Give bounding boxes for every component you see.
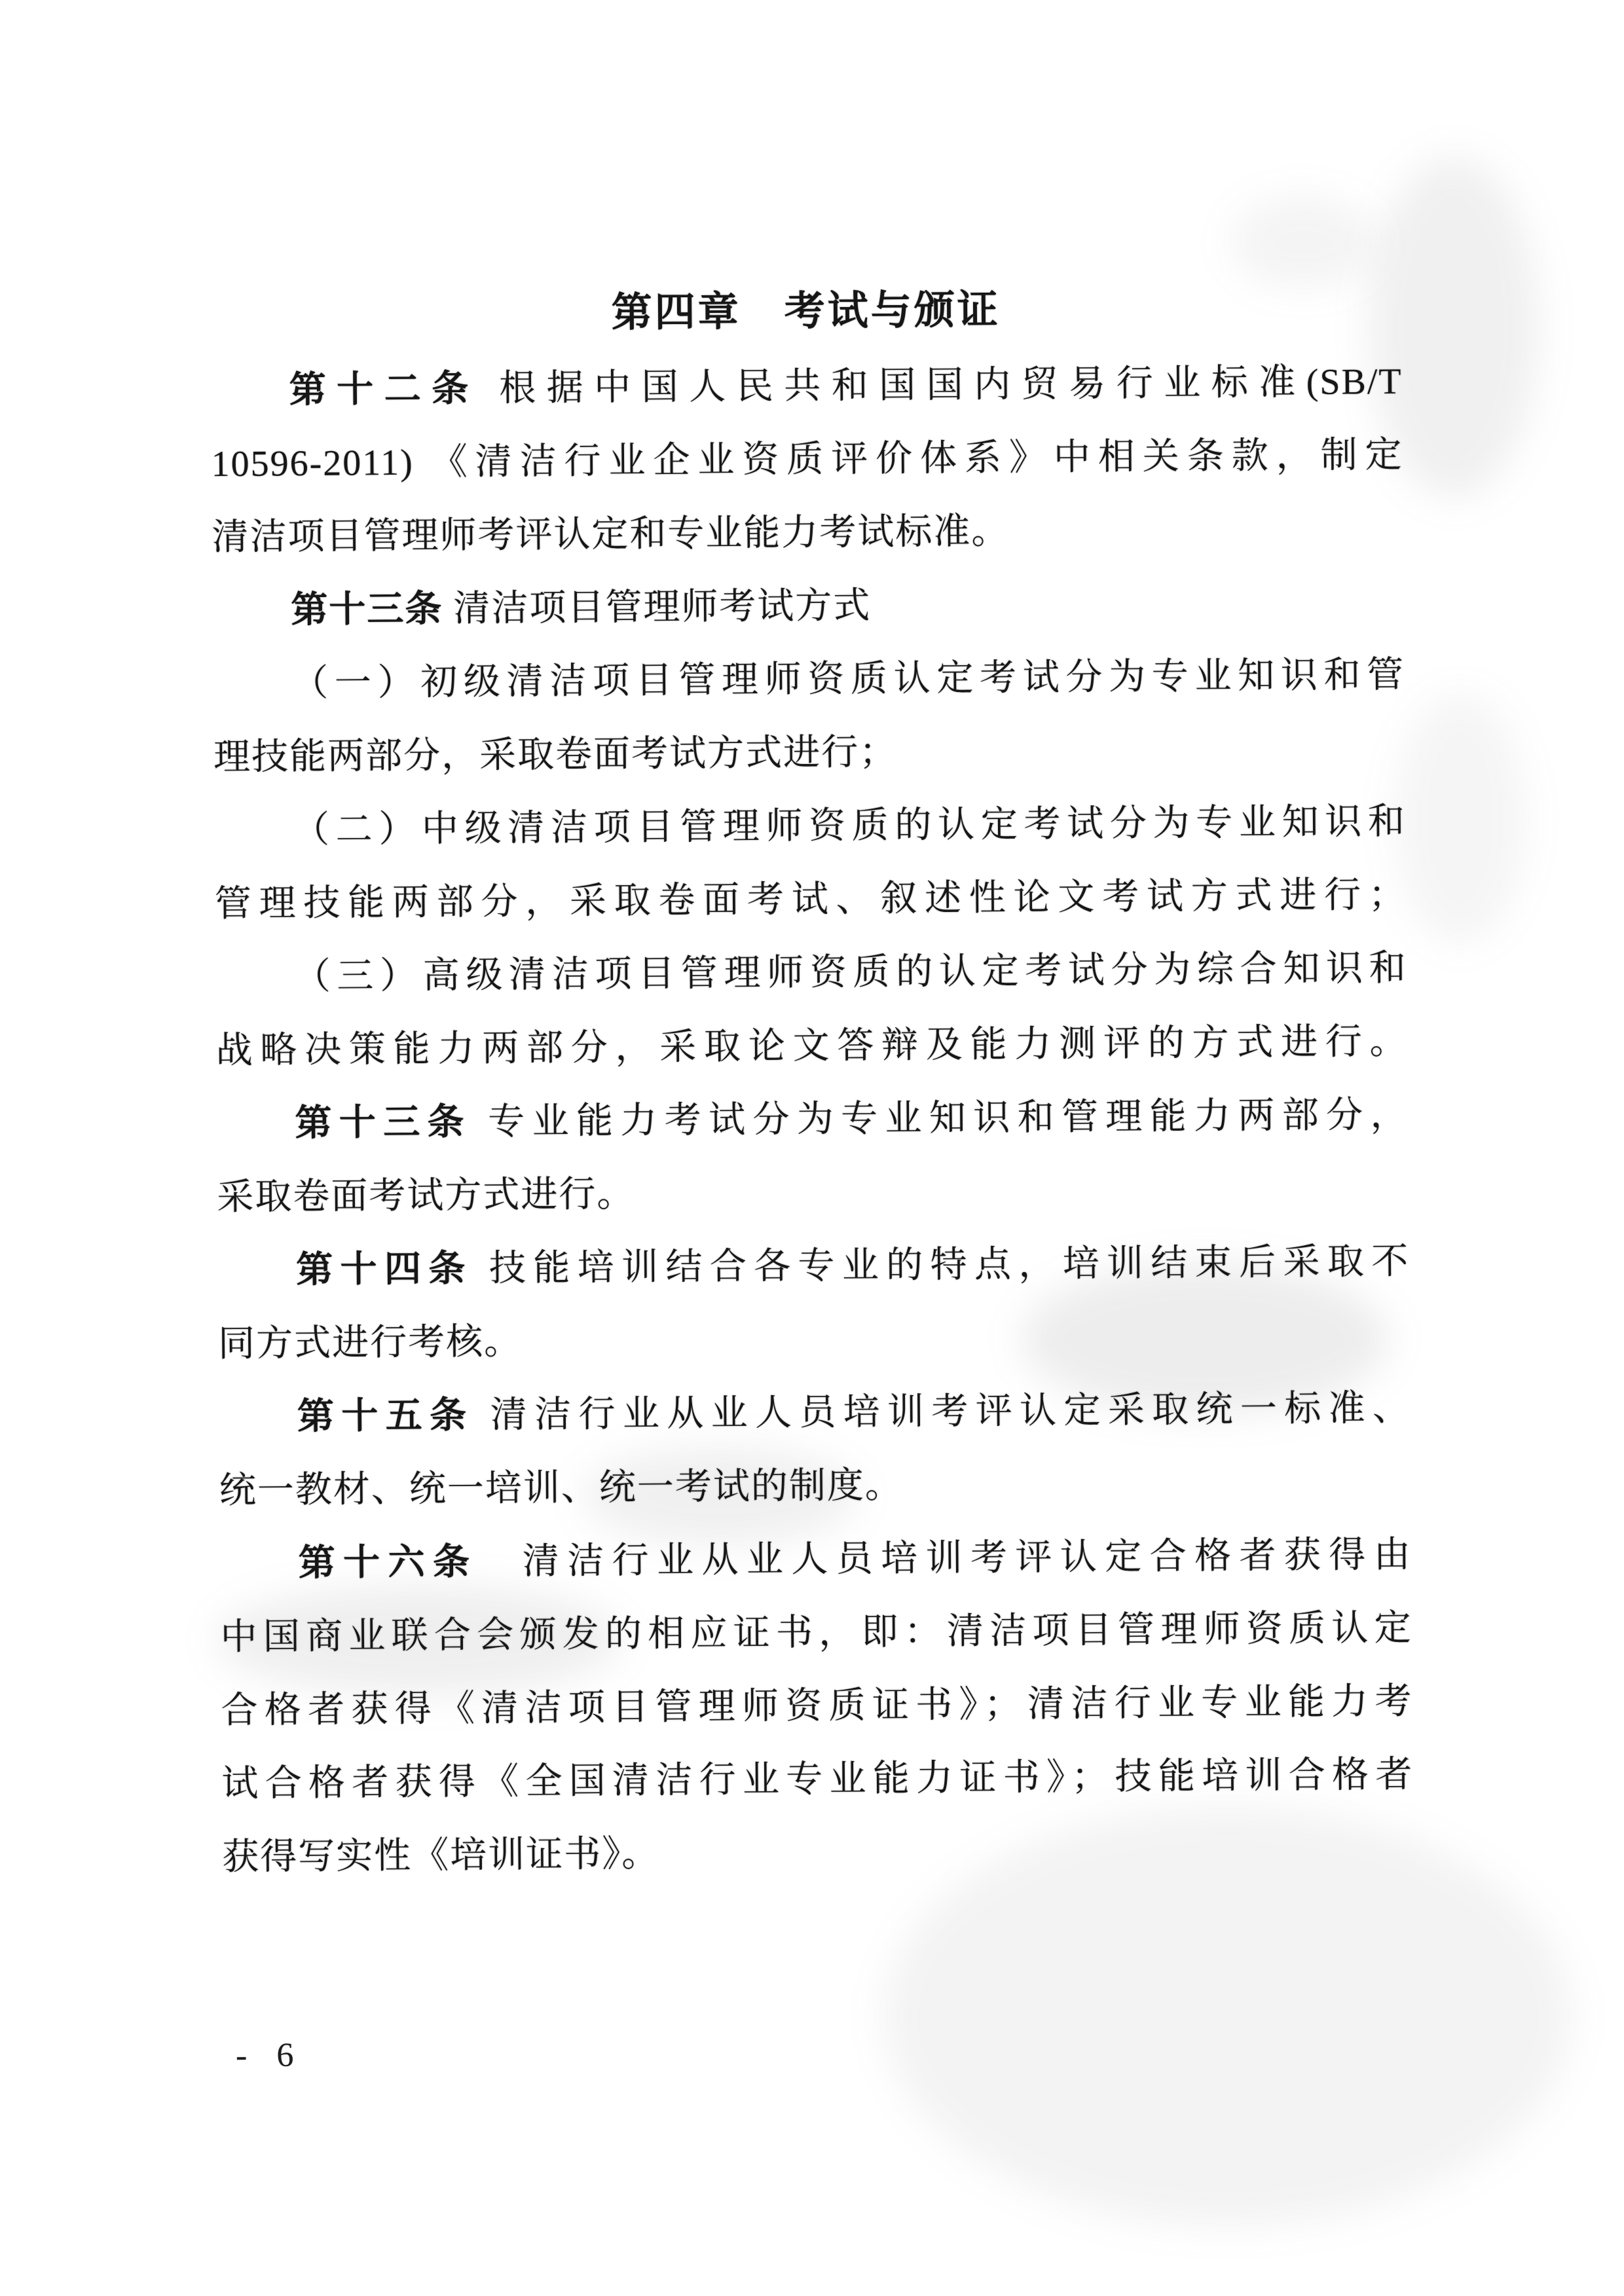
text-line: 第十二条 根据中国人民共和国国内贸易行业标准(SB/T	[210, 345, 1403, 428]
text-line: 清洁项目管理师考评认定和专业能力考试标准。	[212, 492, 1404, 574]
text-line: 第十六条 清洁行业从业人员培训考评认定合格者获得由	[219, 1518, 1412, 1601]
text-line: 第十三条 专业能力考试分为专业知识和管理能力两部分，	[216, 1078, 1409, 1161]
text-line: （三）高级清洁项目管理师资质的认定考试分为综合知识和	[215, 932, 1407, 1014]
document-content: 第四章 考试与颁证 第十二条 根据中国人民共和国国内贸易行业标准(SB/T105…	[210, 270, 1414, 1894]
article-number: 第十三条	[291, 589, 443, 630]
article-number: 第十六条	[299, 1542, 478, 1584]
text-line: 同方式进行考核。	[218, 1298, 1411, 1381]
article-number: 第十二条	[289, 369, 479, 410]
text-line: 采取卷面考试方式进行。	[217, 1152, 1409, 1234]
text-line: 试合格者获得《全国清洁行业专业能力证书》；技能培训合格者	[221, 1738, 1414, 1821]
article-number: 第十五条	[297, 1395, 474, 1437]
scan-smudge	[1395, 694, 1526, 943]
text-line: 管理技能两部分，采取卷面考试、叙述性论文考试方式进行；	[214, 858, 1407, 941]
text-line: 第十五条 清洁行业从业人员培训考评认定采取统一标准、	[219, 1372, 1411, 1454]
text-line: 合格者获得《清洁项目管理师资质证书》；清洁行业专业能力考	[221, 1665, 1413, 1747]
text-line: 第十四条 技能培训结合各专业的特点，培训结束后采取不	[217, 1225, 1410, 1307]
scanned-page: 第四章 考试与颁证 第十二条 根据中国人民共和国国内贸易行业标准(SB/T105…	[0, 0, 1624, 2296]
text-line: 中国商业联合会颁发的相应证书，即：清洁项目管理师资质认定	[220, 1592, 1412, 1674]
text-line: 理技能两部分，采取卷面考试方式进行；	[213, 712, 1406, 794]
page-number: - 6	[236, 2036, 304, 2075]
article-number: 第十四条	[296, 1248, 473, 1290]
text-line: 战略决策能力两部分，采取论文答辩及能力测评的方式进行。	[215, 1005, 1408, 1087]
text-line: 获得写实性《培训证书》。	[222, 1812, 1414, 1894]
text-line: 统一教材、统一培训、统一考试的制度。	[219, 1445, 1411, 1527]
article-number: 第十三条	[295, 1102, 471, 1144]
text-line: （二）中级清洁项目管理师资质的认定考试分为专业知识和	[214, 785, 1407, 867]
text-line: 10596-2011) 《清洁行业企业资质评价体系》中相关条款，制定	[211, 418, 1403, 501]
text-line: 第十三条 清洁项目管理师考试方式	[212, 565, 1405, 647]
chapter-heading: 第四章 考试与颁证	[210, 270, 1402, 353]
document-body: 第十二条 根据中国人民共和国国内贸易行业标准(SB/T10596-2011) 《…	[210, 345, 1414, 1894]
text-line: （一）初级清洁项目管理师资质认定考试分为专业知识和管	[213, 638, 1405, 721]
